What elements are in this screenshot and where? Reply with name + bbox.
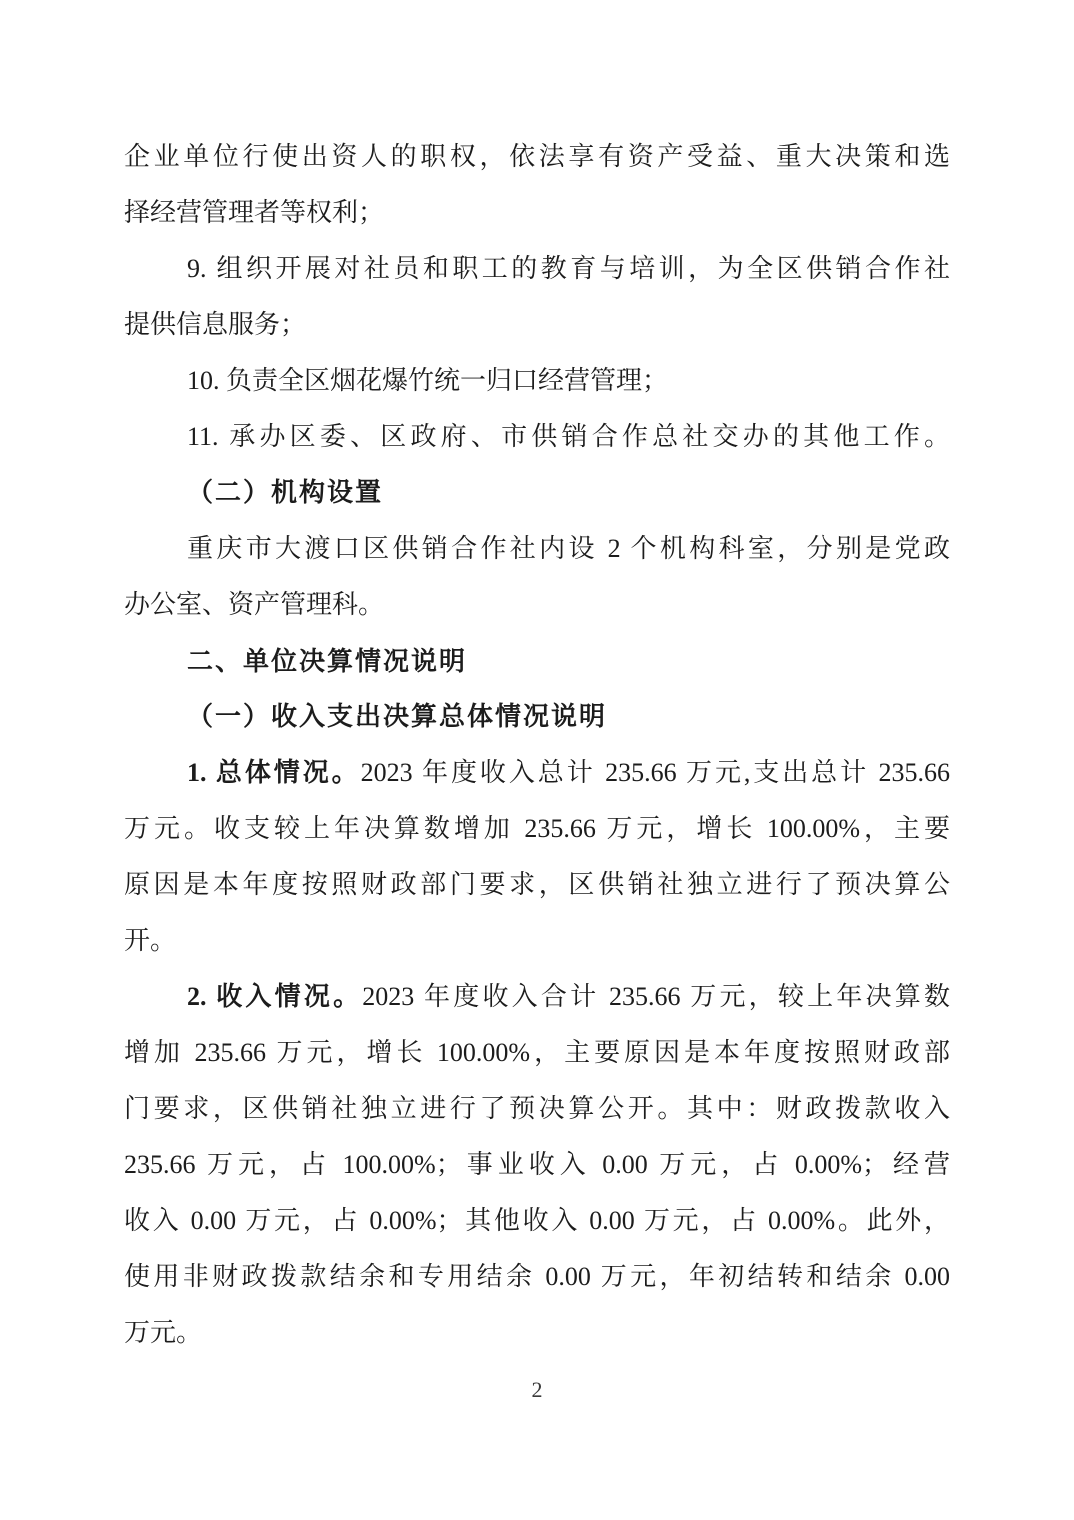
text-line: 收入 0.00 万元，占 0.00%；其他收入 0.00 万元，占 0.00%。… <box>124 1193 950 1249</box>
text-segment: 重庆市大渡口区供销合作社内设 2 个机构科室，分别是党政 <box>187 534 950 563</box>
text-segment: 门要求，区供销社独立进行了预决算公开。其中：财政拨款收入 <box>124 1094 950 1123</box>
text-line: 提供信息服务； <box>124 297 950 353</box>
bold-text-segment: （一）收入支出决算总体情况说明 <box>187 702 607 731</box>
text-segment: 办公室、资产管理科。 <box>124 590 384 619</box>
text-segment: 提供信息服务； <box>124 310 306 339</box>
document-body: 企业单位行使出资人的职权，依法享有资产受益、重大决策和选择经营管理者等权利；9.… <box>124 129 950 1361</box>
text-line: 门要求，区供销社独立进行了预决算公开。其中：财政拨款收入 <box>124 1081 950 1137</box>
text-segment: 2023 年度收入总计 235.66 万元,支出总计 235.66 <box>361 758 950 787</box>
heading-line: （一）收入支出决算总体情况说明 <box>124 689 950 745</box>
heading-line: （二）机构设置 <box>124 465 950 521</box>
text-segment: 择经营管理者等权利； <box>124 198 384 227</box>
text-line: 原因是本年度按照财政部门要求，区供销社独立进行了预决算公 <box>124 857 950 913</box>
text-segment: 2023 年度收入合计 235.66 万元，较上年决算数 <box>362 982 950 1011</box>
bold-text-segment: 2. 收入情况。 <box>187 982 362 1011</box>
text-line: 开。 <box>124 913 950 969</box>
text-segment: 原因是本年度按照财政部门要求，区供销社独立进行了预决算公 <box>124 870 950 899</box>
text-segment: 增加 235.66 万元，增长 100.00%，主要原因是本年度按照财政部 <box>124 1038 950 1067</box>
text-segment: 企业单位行使出资人的职权，依法享有资产受益、重大决策和选 <box>124 142 950 171</box>
text-segment: 开。 <box>124 926 176 955</box>
bold-text-segment: 1. 总体情况。 <box>187 758 361 787</box>
text-line: 万元。 <box>124 1305 950 1361</box>
text-line: 235.66 万元，占 100.00%；事业收入 0.00 万元，占 0.00%… <box>124 1137 950 1193</box>
text-line: 1. 总体情况。2023 年度收入总计 235.66 万元,支出总计 235.6… <box>124 745 950 801</box>
text-segment: 万元。收支较上年决算数增加 235.66 万元，增长 100.00%，主要 <box>124 814 950 843</box>
text-line: 10. 负责全区烟花爆竹统一归口经营管理； <box>124 353 950 409</box>
text-line: 9. 组织开展对社员和职工的教育与培训，为全区供销合作社 <box>124 241 950 297</box>
text-line: 择经营管理者等权利； <box>124 185 950 241</box>
text-segment: 万元。 <box>124 1318 202 1347</box>
bold-text-segment: （二）机构设置 <box>187 478 383 507</box>
text-line: 增加 235.66 万元，增长 100.00%，主要原因是本年度按照财政部 <box>124 1025 950 1081</box>
text-line: 企业单位行使出资人的职权，依法享有资产受益、重大决策和选 <box>124 129 950 185</box>
text-line: 万元。收支较上年决算数增加 235.66 万元，增长 100.00%，主要 <box>124 801 950 857</box>
heading-line: 二、单位决算情况说明 <box>124 633 950 689</box>
text-segment: 11. 承办区委、区政府、市供销合作总社交办的其他工作。 <box>187 422 950 451</box>
text-segment: 10. 负责全区烟花爆竹统一归口经营管理； <box>187 366 668 395</box>
text-segment: 使用非财政拨款结余和专用结余 0.00 万元，年初结转和结余 0.00 <box>124 1262 950 1291</box>
text-segment: 收入 0.00 万元，占 0.00%；其他收入 0.00 万元，占 0.00%。… <box>124 1206 950 1235</box>
page-number: 2 <box>0 1376 1074 1404</box>
text-segment: 9. 组织开展对社员和职工的教育与培训，为全区供销合作社 <box>187 254 950 283</box>
text-line: 使用非财政拨款结余和专用结余 0.00 万元，年初结转和结余 0.00 <box>124 1249 950 1305</box>
text-line: 11. 承办区委、区政府、市供销合作总社交办的其他工作。 <box>124 409 950 465</box>
text-line: 办公室、资产管理科。 <box>124 577 950 633</box>
text-line: 2. 收入情况。2023 年度收入合计 235.66 万元，较上年决算数 <box>124 969 950 1025</box>
text-segment: 235.66 万元，占 100.00%；事业收入 0.00 万元，占 0.00%… <box>124 1150 950 1179</box>
text-line: 重庆市大渡口区供销合作社内设 2 个机构科室，分别是党政 <box>124 521 950 577</box>
bold-text-segment: 二、单位决算情况说明 <box>187 646 467 676</box>
document-page: 企业单位行使出资人的职权，依法享有资产受益、重大决策和选择经营管理者等权利；9.… <box>0 0 1074 1520</box>
